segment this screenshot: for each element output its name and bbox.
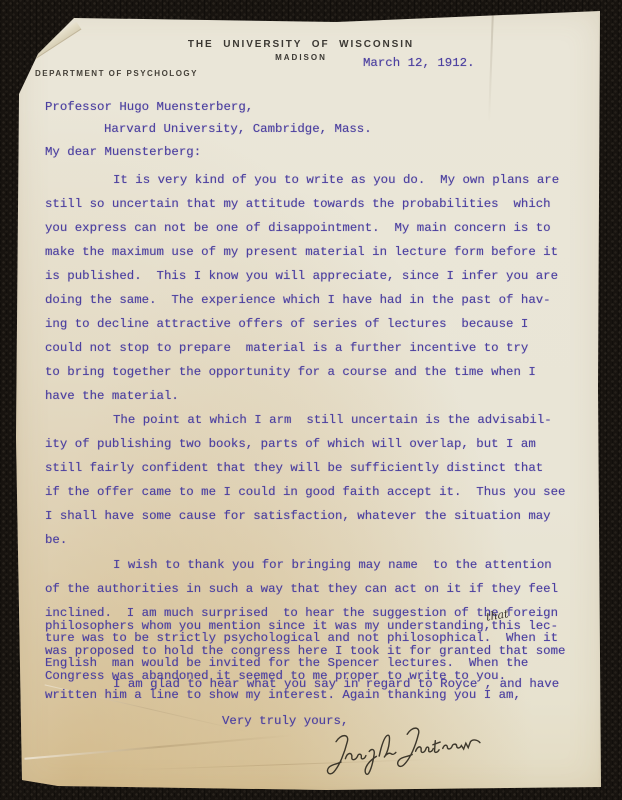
letter-date: March 12, 1912. (363, 56, 475, 70)
letterhead-department: DEPARTMENT OF PSYCHOLOGY (35, 69, 198, 78)
typed-line: ity of publishing two books, parts of wh… (45, 432, 566, 456)
typed-line: have the material. (45, 384, 559, 408)
typed-line: English man would be invited for the Spe… (45, 657, 566, 669)
paper-crease (24, 734, 293, 760)
paragraph-3-single-spaced: philosophers whom you mention since it w… (45, 620, 566, 682)
salutation: My dear Muensterberg: (45, 145, 201, 159)
paragraph-2: The point at which I arm still uncertain… (45, 408, 566, 552)
typed-line: It is very kind of you to write as you d… (45, 168, 559, 192)
typed-line: be. (45, 528, 566, 552)
letterhead-city: MADISON (16, 53, 586, 62)
typed-line: ing to decline attractive offers of seri… (45, 312, 559, 336)
paper-crease (488, 10, 494, 122)
paragraph-4: I am glad to hear what you say in regard… (45, 679, 559, 701)
typed-line: if the offer came to me I could in good … (45, 480, 566, 504)
closing-line: Very truly yours, (222, 714, 348, 728)
typed-line: I wish to thank you for bringing may nam… (45, 553, 558, 577)
typed-line: you express can not be one of disappoint… (45, 216, 559, 240)
letterhead-institution: THE UNIVERSITY OF WISCONSIN (16, 39, 586, 50)
letter-paper: THE UNIVERSITY OF WISCONSIN MADISON DEPA… (16, 8, 602, 792)
typed-line: ture was to be strictly psychological an… (45, 632, 566, 644)
typed-line: doing the same. The experience which I h… (45, 288, 559, 312)
typed-line: I shall have some cause for satisfaction… (45, 504, 566, 528)
typed-line: The point at which I arm still uncertain… (45, 408, 566, 432)
typed-line: make the maximum use of my present mater… (45, 240, 559, 264)
typed-line: written him a line to show my interest. … (45, 690, 559, 701)
recipient-address: Harvard University, Cambridge, Mass. (104, 122, 372, 136)
paragraph-1: It is very kind of you to write as you d… (45, 168, 559, 408)
typed-line: still so uncertain that my attitude towa… (45, 192, 559, 216)
paragraph-3-double-spaced: I wish to thank you for bringing may nam… (45, 553, 558, 625)
typed-line: still fairly confident that they will be… (45, 456, 566, 480)
typed-line: of the authorities in such a way that th… (45, 577, 558, 601)
recipient-name: Professor Hugo Muensterberg, (45, 100, 253, 114)
typed-line: to bring together the opportunity for a … (45, 360, 559, 384)
typed-line: could not stop to prepare material is a … (45, 336, 559, 360)
photo-backdrop: THE UNIVERSITY OF WISCONSIN MADISON DEPA… (0, 0, 622, 800)
typed-line: is published. This I know you will appre… (45, 264, 559, 288)
letterhead: THE UNIVERSITY OF WISCONSIN MADISON (16, 39, 586, 62)
